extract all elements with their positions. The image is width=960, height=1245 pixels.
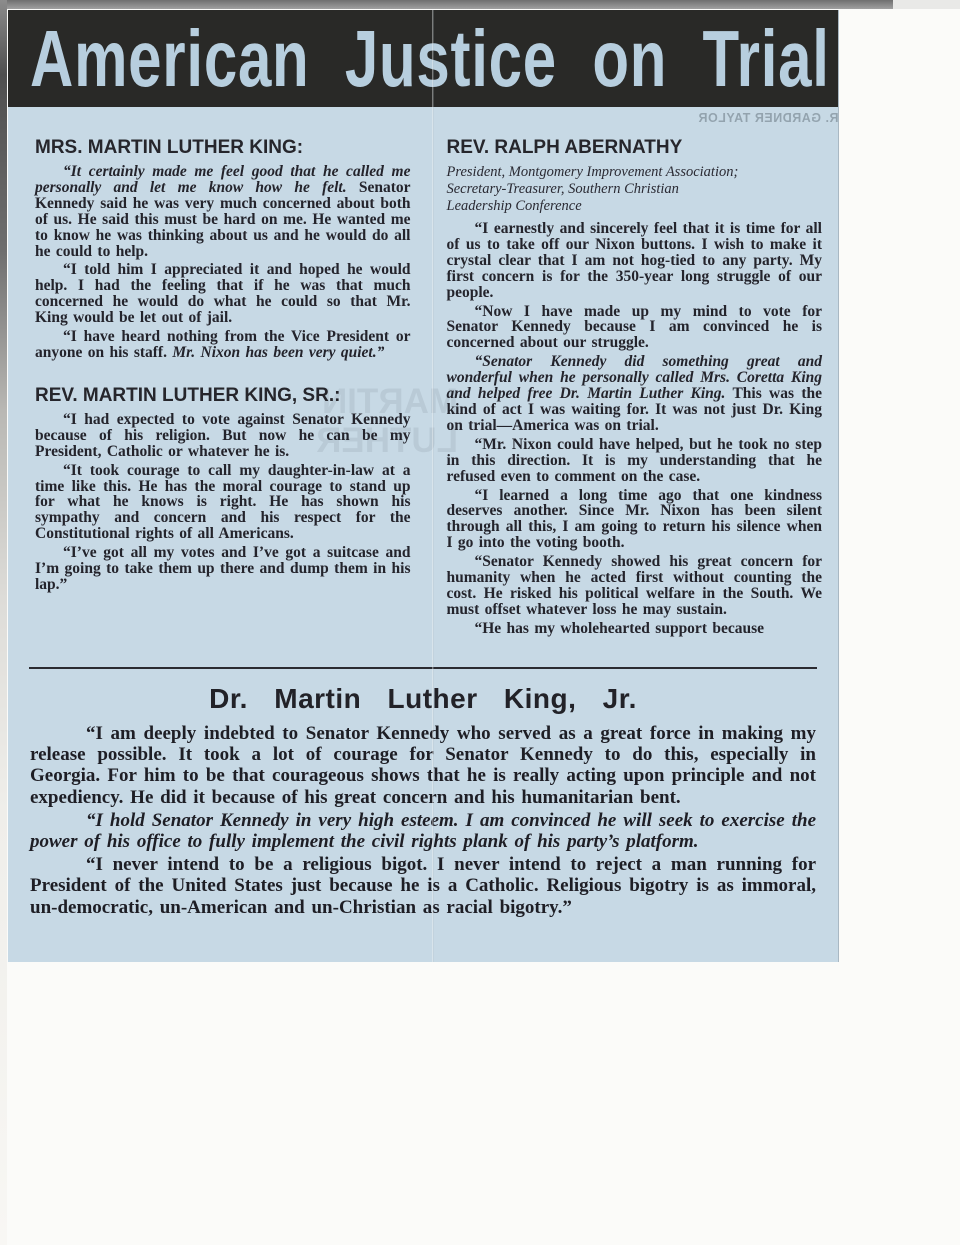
quote-paragraph: “Now I have made up my mind to vote for … (447, 304, 823, 352)
text-run: “Now I have made up my mind to vote for … (447, 303, 823, 352)
quote-paragraph: “I told him I appreciated it and hoped h… (35, 262, 411, 326)
quote-paragraph: “Senator Kennedy did something great and… (447, 354, 823, 434)
text-run: “Senator Kennedy showed his great concer… (447, 553, 823, 618)
king-jr-section: Dr. Martin Luther King, Jr. “I am deeply… (8, 684, 838, 918)
scanner-edge-strip (0, 0, 893, 9)
quote-paragraph: “Mr. Nixon could have helped, but he too… (447, 437, 823, 485)
text-run: “It took courage to call my daughter-in-… (35, 462, 411, 543)
king-jr-paragraphs: “I am deeply indebted to Senator Kennedy… (30, 723, 816, 918)
section-heading: REV. RALPH ABERNATHY (447, 137, 823, 159)
quote-paragraph: “It certainly made me feel good that he … (35, 164, 411, 259)
section-heading: MRS. MARTIN LUTHER KING: (35, 137, 411, 159)
quote-paragraph: “I earnestly and sincerely feel that it … (447, 221, 823, 301)
quote-paragraph: “It took courage to call my daughter-in-… (35, 463, 411, 543)
quote-paragraph: “Senator Kennedy showed his great concer… (447, 554, 823, 618)
text-run: “I’ve got all my votes and I’ve got a su… (35, 544, 411, 593)
quote-paragraph: “I hold Senator Kennedy in very high est… (30, 810, 816, 852)
scanner-left-edge (0, 0, 7, 1245)
text-run: “I learned a long time ago that one kind… (447, 487, 823, 552)
quote-paragraph: “I had expected to vote against Senator … (35, 412, 411, 460)
section-subtitle: President, Montgomery Improvement Associ… (447, 164, 747, 215)
text-run: “He has my wholehearted support because (475, 620, 765, 637)
quote-paragraph: “I have heard nothing from the Vice Pres… (35, 329, 411, 361)
title-banner: American Justice on Trial (8, 10, 838, 107)
text-run: “I told him I appreciated it and hoped h… (35, 261, 411, 326)
quote-paragraph: “I am deeply indebted to Senator Kennedy… (30, 723, 816, 808)
right-column: REV. RALPH ABERNATHYPresident, Montgomer… (447, 137, 823, 663)
text-run: “Mr. Nixon could have helped, but he too… (447, 436, 823, 485)
quote-columns: MRS. MARTIN LUTHER KING:“It certainly ma… (8, 107, 838, 663)
text-run: Mr. Nixon has been very quiet.” (172, 344, 384, 361)
left-column: MRS. MARTIN LUTHER KING:“It certainly ma… (35, 137, 411, 663)
section-divider-rule (29, 667, 817, 669)
king-jr-heading: Dr. Martin Luther King, Jr. (30, 684, 816, 714)
quote-paragraph: “He has my wholehearted support because (447, 621, 823, 637)
quote-paragraph: “I never intend to be a religious bigot.… (30, 854, 816, 918)
quote-paragraph: “I learned a long time ago that one kind… (447, 488, 823, 552)
text-run: “I earnestly and sincerely feel that it … (447, 220, 823, 301)
pamphlet-page: American Justice on Trial MRS. MARTIN LU… (8, 10, 839, 962)
page-title: American Justice on Trial (30, 19, 830, 99)
text-run: “I had expected to vote against Senator … (35, 411, 411, 460)
scanner-edge-strip-light (893, 0, 960, 9)
section-heading: REV. MARTIN LUTHER KING, SR.: (35, 385, 411, 407)
quote-paragraph: “I’ve got all my votes and I’ve got a su… (35, 545, 411, 593)
